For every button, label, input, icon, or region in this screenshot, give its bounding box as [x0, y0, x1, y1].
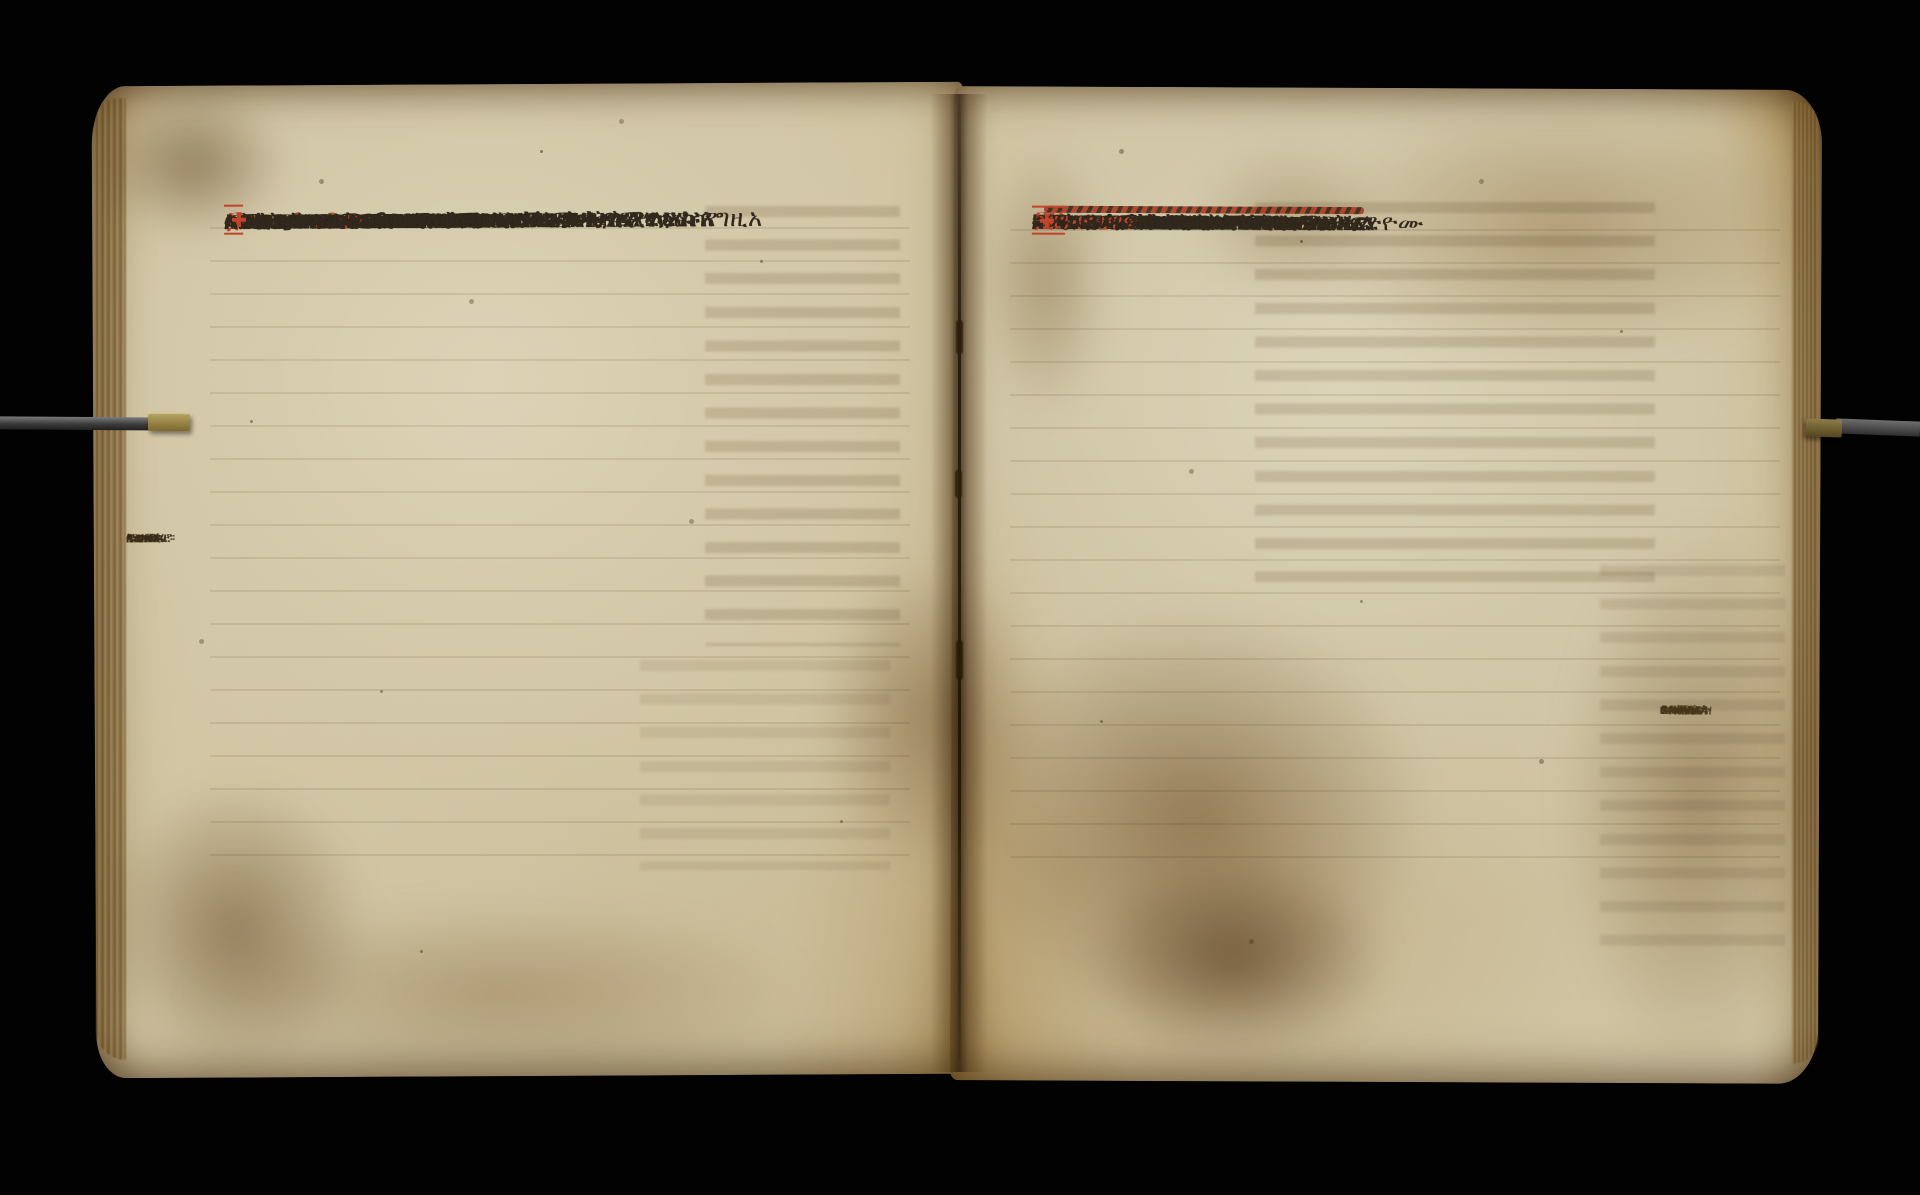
page-weight-clip-right [1806, 418, 1843, 437]
manuscript-photo: እግዚአ፡ነጽር፡ውስተ፡ረዲአትየ✚ይትኃፈሩ፡ወይኅሠሩ፡ኅቡረ፡እለ፡ይፈ… [0, 0, 1920, 1195]
page-weight-clip-left [148, 414, 190, 431]
right-text-column: ማእዜ፡ይመውት፡ወይሠዓር፡ስሙ✚ይባእ፡ወይርአይ፡ዘከንቶ፡ይነብብ✚ልቡ… [1032, 206, 1652, 209]
right-margin-note: በእንተ፡ጻድቃን፡እዘእምሕዝን፡ወያፈቅሩ፡ውስተ፡ርስቶሙ፡ፃ፡መሠ፡ቤተ… [1660, 699, 1810, 701]
verse-cross-icon: ✚ [1032, 206, 1056, 240]
verse-text: ከማሁ፡ታፈቅር፡ነፍስየ፡ኀበ፡እግዚአብሔር [1032, 206, 1367, 241]
margin-note-line: እግዚአ፡ [1660, 699, 1700, 722]
page-weight-rod-right [1836, 418, 1920, 436]
right-page-content: ማእዜ፡ይመውት፡ወይሠዓር፡ስሙ✚ይባእ፡ወይርአይ፡ዘከንቶ፡ይነብብ✚ልቡ… [0, 0, 1920, 1195]
